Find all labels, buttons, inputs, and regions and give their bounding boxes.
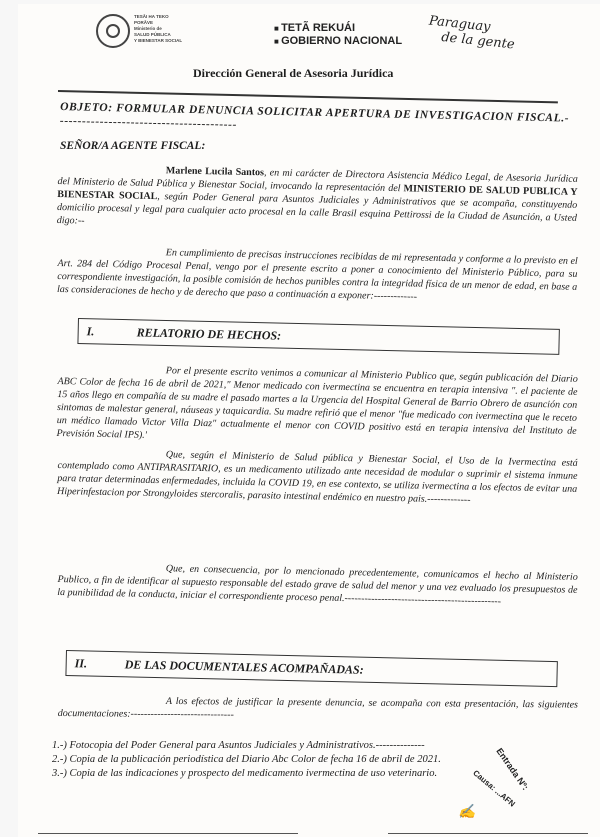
- subject-line: OBJETO: FORMULAR DENUNCIA SOLICITAR APER…: [60, 100, 571, 140]
- list-item: 3.-) Copia de las indicaciones y prospec…: [52, 767, 441, 781]
- entry-stamp: Entrada Nº:: [494, 746, 530, 792]
- document-page: TESÃI HA TEKO PORÃVE Ministerio de SALUD…: [18, 4, 600, 837]
- signature-line-left: [38, 833, 298, 834]
- department-title: Dirección General de Asesoria Jurídica: [193, 66, 393, 81]
- signature-line-right: [388, 833, 588, 834]
- ministry-paragraph: Que, según el Ministerio de Salud públic…: [57, 446, 578, 509]
- facts-paragraph: Por el presente escrito venimos a comuni…: [56, 362, 578, 451]
- list-item: 1.-) Fotocopia del Poder General para As…: [52, 739, 441, 753]
- compliance-paragraph: En cumplimiento de precisas instruccione…: [57, 244, 578, 307]
- section-heading-relatorio: I. RELATORIO DE HECHOS:: [77, 318, 559, 355]
- documents-intro-paragraph: A los efectos de justificar la presente …: [58, 694, 578, 725]
- slogan: Paraguay de la gente: [427, 14, 517, 53]
- letterhead: TESÃI HA TEKO PORÃVE Ministerio de SALUD…: [18, 4, 600, 64]
- government-logo: TETÃ REKUÁI GOBIERNO NACIONAL: [274, 22, 402, 48]
- documents-list: 1.-) Fotocopia del Poder General para As…: [52, 739, 441, 781]
- consequence-paragraph: Que, en consecuencia, por lo mencionado …: [57, 560, 578, 610]
- intro-paragraph: Marlene Lucila Santos, en mi carácter de…: [57, 162, 578, 238]
- section-heading-documentales: II. DE LAS DOCUMENTALES ACOMPAÑADAS:: [65, 650, 557, 687]
- signature: ✍: [458, 804, 475, 820]
- signatory-name: Marlene Lucila Santos: [166, 165, 264, 178]
- ministry-name: TESÃI HA TEKO PORÃVE Ministerio de SALUD…: [134, 14, 204, 44]
- ministry-seal-icon: [96, 14, 130, 48]
- list-item: 2.-) Copia de la publicación periodístic…: [52, 753, 441, 767]
- salutation: SEÑOR/A AGENTE FISCAL:: [60, 140, 205, 152]
